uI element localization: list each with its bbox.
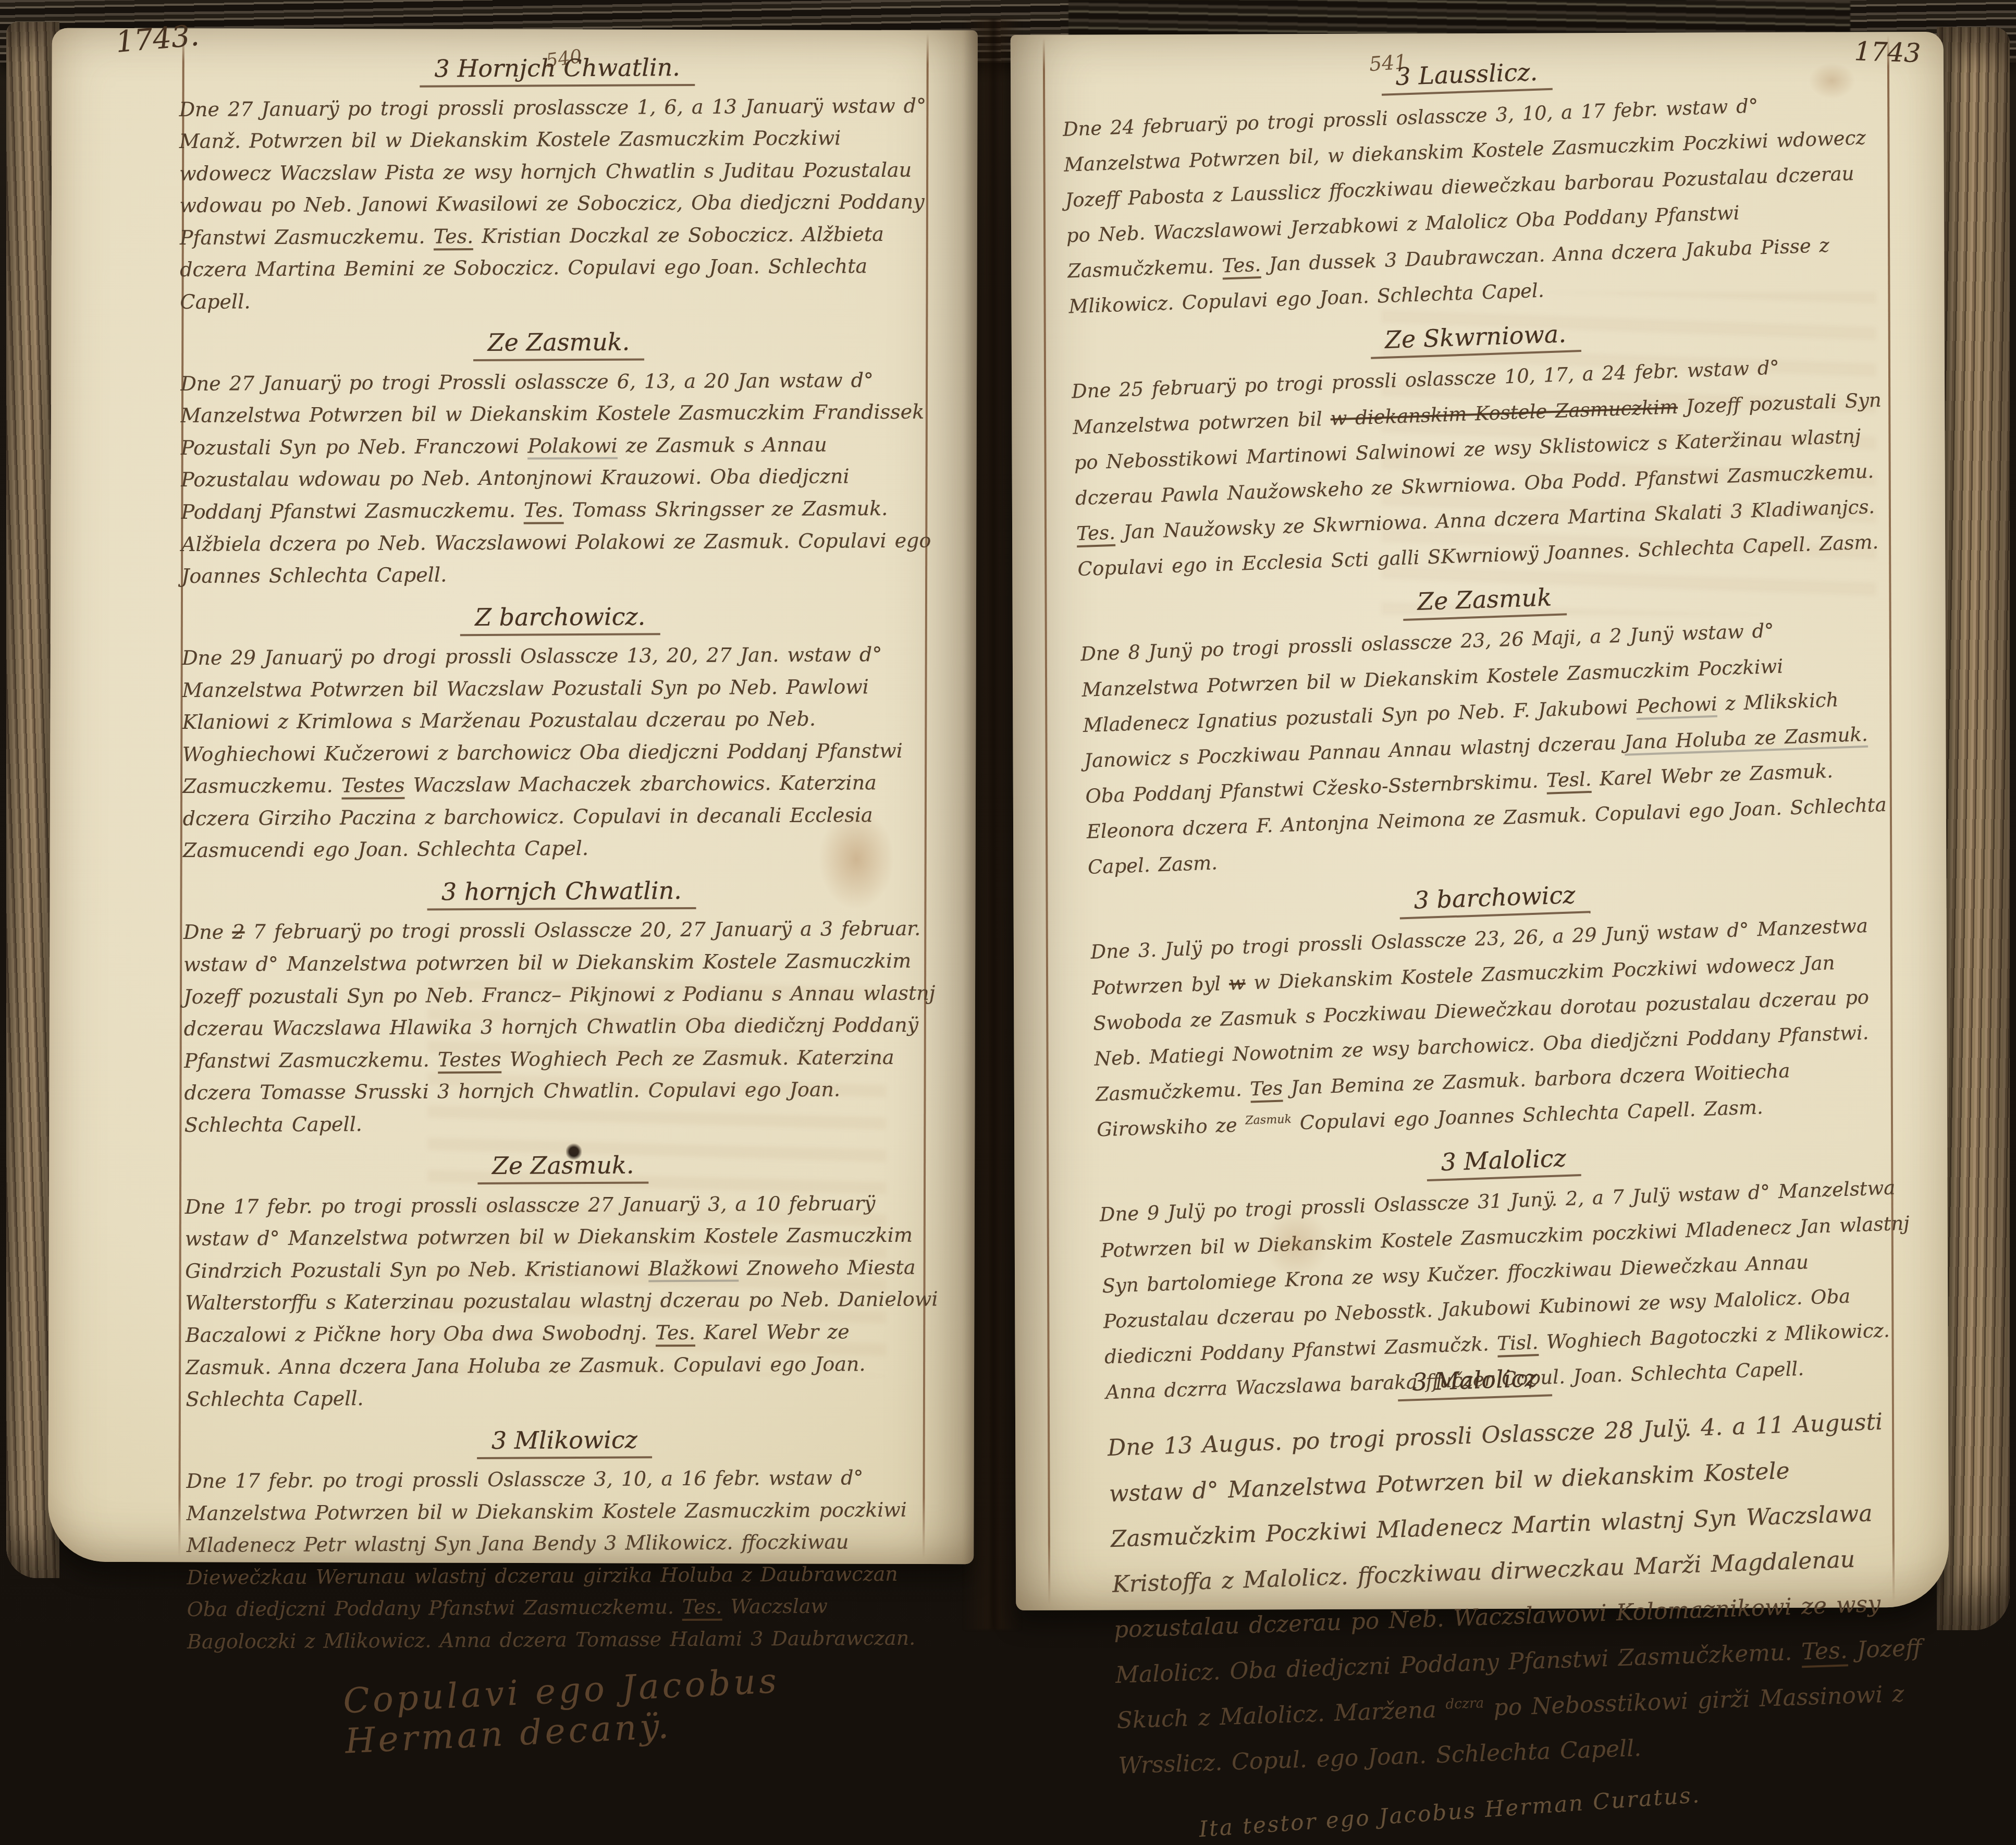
register-entry: 3 barchowiczDne 3. Julÿ po trogi prossli… (1089, 869, 1908, 1148)
entry-body-text: Dne 24 februarÿ po trogi prossli oslassc… (1062, 84, 1880, 324)
right-page-text: 3 Lausslicz.Dne 24 februarÿ po trogi pro… (1061, 41, 1931, 1668)
entry-place-header: Ze Zasmuk. (180, 326, 937, 360)
entry-place-header: Z barchowicz. (182, 600, 939, 634)
register-entry: Z barchowicz.Dne 29 Januarÿ po drogi pro… (182, 600, 940, 867)
entry-place-header: 3 Hornjch Chwatlin. (179, 51, 936, 85)
left-page-text: 3 Hornjch Chwatlin.Dne 27 Januarÿ po tro… (179, 46, 944, 1668)
right-page-left-rule (1043, 38, 1050, 1605)
register-entry: Ze Zasmuk.Dne 17 febr. po trogi prossli … (185, 1149, 943, 1416)
register-entry: Ze Zasmuk.Dne 27 Januarÿ po trogi Prossl… (180, 326, 939, 593)
entry-body-text: Dne 2 7 februarÿ po trogi prossli Oslass… (183, 913, 941, 1141)
left-page: 1743. 540 3 Hornjch Chwatlin.Dne 27 Janu… (48, 28, 978, 1565)
register-entry: 3 MlikowiczDne 17 febr. po trogi prossli… (186, 1423, 944, 1658)
entry-body-text: Dne 17 febr. po trogi prossli oslasscze … (185, 1187, 942, 1415)
right-page: 1743 541 3 Lausslicz.Dne 24 februarÿ po … (1011, 32, 1949, 1610)
entry-body-text: Dne 13 Augus. po trogi prossli Oslasscze… (1107, 1398, 1930, 1668)
book-scan: 1743. 540 3 Hornjch Chwatlin.Dne 27 Janu… (0, 0, 2016, 1668)
register-entry: Ze ZasmukDne 8 Junÿ po trogi prossli osl… (1079, 571, 1899, 885)
entry-place-header: 3 hornjch Chwatlin. (183, 874, 940, 908)
entry-body-text: Dne 27 Januarÿ po trogi prossli proslass… (179, 90, 937, 318)
entry-body-text: Dne 17 febr. po trogi prossli Oslasscze … (186, 1462, 944, 1658)
entry-body-text: Dne 8 Junÿ po trogi prossli oslasscze 23… (1080, 609, 1899, 885)
entry-body-text: Dne 25 februarÿ po trogi prossli oslassc… (1071, 347, 1889, 587)
entry-place-header: Ze Zasmuk. (185, 1149, 941, 1183)
entry-body-text: Dne 3. Julÿ po trogi prossli Oslasscze 2… (1090, 907, 1908, 1147)
register-entry: Ze Skwrniowa.Dne 25 februarÿ po trogi pr… (1070, 309, 1888, 588)
entry-body-text: Dne 29 Januarÿ po drogi prossli Oslasscz… (182, 639, 940, 867)
entry-place-header: 3 Mlikowicz (186, 1423, 943, 1457)
register-entry: 3 Lausslicz.Dne 24 februarÿ po trogi pro… (1061, 46, 1879, 325)
register-entry: 3 Hornjch Chwatlin.Dne 27 Januarÿ po tro… (179, 51, 937, 318)
entry-body-text: Dne 27 Januarÿ po trogi Prossli oslasscz… (180, 364, 938, 592)
register-entry: 3 hornjch Chwatlin.Dne 2 7 februarÿ po t… (183, 874, 941, 1141)
